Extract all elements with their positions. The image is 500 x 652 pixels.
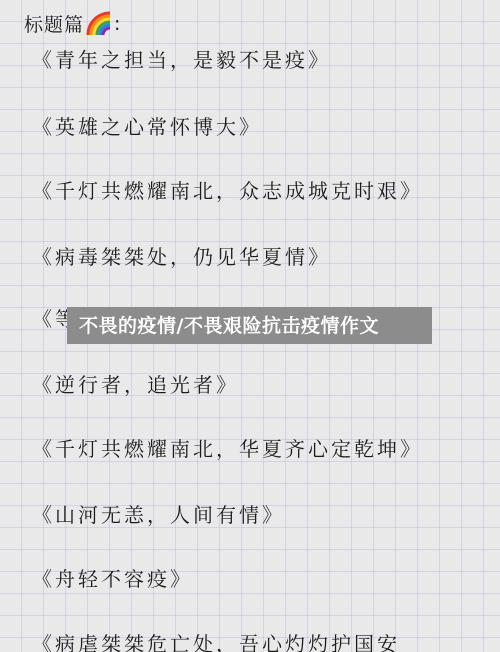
title-line-10: 《病虐桀桀危亡处，吾心灼灼护国安 — [32, 628, 400, 652]
title-line-9: 《舟轻不容疫》 — [32, 563, 193, 592]
title-line-4: 《病毒桀桀处，仍见华夏情》 — [32, 241, 331, 270]
title-line-2: 《英雄之心常怀博大》 — [32, 111, 262, 140]
title-line-1: 《青年之担当，是毅不是疫》 — [32, 44, 331, 73]
heading: 标题篇 : — [24, 10, 121, 37]
caption-text: 不畏的疫情/不畏艰险抗击疫情作文 — [79, 311, 379, 338]
heading-colon: : — [114, 13, 121, 35]
title-line-6: 《逆行者，追光者》 — [32, 369, 239, 398]
heading-text: 标题篇 — [24, 10, 84, 37]
title-line-8: 《山河无恙，人间有情》 — [32, 499, 285, 528]
rainbow-icon — [86, 11, 112, 37]
title-line-7: 《千灯共燃耀南北，华夏齐心定乾坤》 — [32, 433, 423, 462]
title-line-3: 《千灯共燃耀南北，众志成城克时艰》 — [32, 175, 423, 204]
